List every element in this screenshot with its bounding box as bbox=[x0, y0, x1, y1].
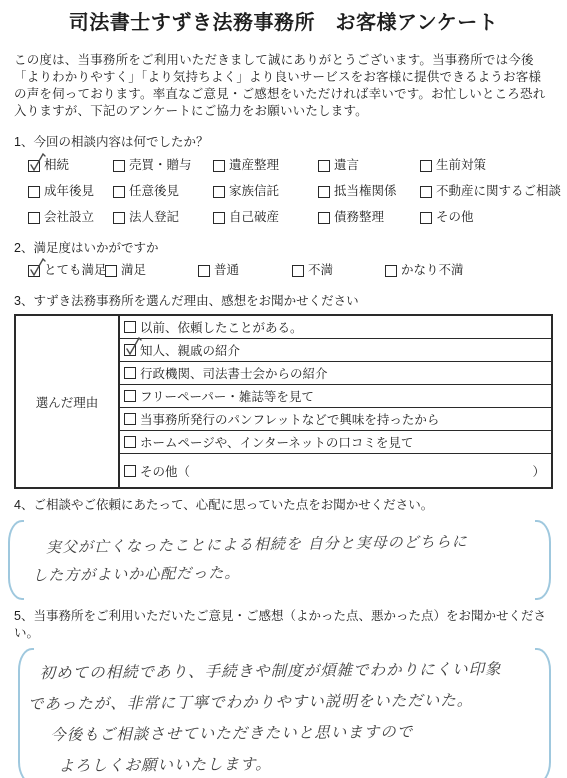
checkmark-icon bbox=[27, 256, 48, 279]
checkbox-icon bbox=[292, 265, 304, 277]
q1-option-fudousan: 不動産に関するご相談 bbox=[420, 183, 561, 200]
handwritten-answer-q5: 初めての相続であり、手続きや制度が煩雑でわかりにくい印象 であったが、非常に丁寧… bbox=[13, 646, 553, 778]
option-label: 債務整理 bbox=[334, 209, 384, 226]
reason-row: ホームページや、インターネットの口コミを見て bbox=[120, 431, 551, 454]
question-4-answer-area: 実父が亡くなったことによる相続を 自分と実母のどちらに した方がよいか心配だった… bbox=[14, 520, 553, 600]
option-label: 抵当権関係 bbox=[334, 183, 397, 200]
q2-option-fuman: 不満 bbox=[292, 262, 385, 279]
option-label: 遺言 bbox=[334, 157, 359, 174]
option-label: 売買・贈与 bbox=[129, 157, 192, 174]
reason-row: 当事務所発行のパンフレットなどで興味を持ったから bbox=[120, 408, 551, 431]
q1-option-jiko-hasan: 自己破産 bbox=[213, 209, 318, 226]
option-label: 当事務所発行のパンフレットなどで興味を持ったから bbox=[140, 410, 439, 428]
q1-option-isan-seiri: 遺産整理 bbox=[213, 157, 318, 174]
option-label: 知人、親戚の紹介 bbox=[140, 341, 240, 359]
handwritten-line: した方がよいか心配だった。 bbox=[32, 554, 553, 589]
checkbox-icon bbox=[318, 212, 330, 224]
option-label: フリーペーパー・雑誌等を見て bbox=[140, 387, 314, 405]
intro-paragraph: この度は、当事務所をご利用いただきまして誠にありがとうございます。当事務所では今… bbox=[14, 52, 553, 120]
option-label: その他 bbox=[436, 209, 474, 226]
q1-option-teitouken: 抵当権関係 bbox=[318, 183, 420, 200]
checkbox-icon bbox=[113, 160, 125, 172]
option-label: 成年後見 bbox=[44, 183, 94, 200]
option-label: 生前対策 bbox=[436, 157, 486, 174]
q1-option-seinen-kouken: 成年後見 bbox=[28, 183, 113, 200]
question-2-options: とても満足 満足 普通 不満 かなり不満 bbox=[14, 262, 553, 279]
checkbox-icon bbox=[385, 265, 397, 277]
reasons-table: 選んだ理由 以前、依頼したことがある。 知人、親戚の紹介 行政機関、司法書士会か… bbox=[14, 314, 553, 489]
reason-row: 行政機関、司法書士会からの紹介 bbox=[120, 362, 551, 385]
option-label: 家族信託 bbox=[229, 183, 279, 200]
checkbox-icon bbox=[318, 186, 330, 198]
option-label: 自己破産 bbox=[229, 209, 279, 226]
checkbox-icon bbox=[124, 413, 136, 425]
option-label: その他（ bbox=[140, 462, 190, 480]
option-label: とても満足 bbox=[44, 262, 107, 279]
option-label: 遺産整理 bbox=[229, 157, 279, 174]
question-3-heading: 3、すずき法務事務所を選んだ理由、感想をお聞かせください bbox=[14, 293, 553, 310]
checkbox-icon bbox=[213, 160, 225, 172]
q1-option-yuigon: 遺言 bbox=[318, 157, 420, 174]
checkbox-icon bbox=[124, 390, 136, 402]
checkbox-icon bbox=[28, 212, 40, 224]
option-label: 不満 bbox=[308, 262, 333, 279]
checkbox-icon bbox=[28, 160, 40, 172]
checkbox-icon bbox=[420, 186, 432, 198]
checkbox-icon bbox=[124, 436, 136, 448]
checkbox-icon bbox=[213, 186, 225, 198]
handwritten-answer-q4: 実父が亡くなったことによる相続を 自分と実母のどちらに した方がよいか心配だった… bbox=[14, 516, 554, 590]
checkbox-icon bbox=[105, 265, 117, 277]
handwritten-line: 今後もご相談させていただきたいと思いますので bbox=[50, 716, 553, 751]
reason-row: フリーペーパー・雑誌等を見て bbox=[120, 385, 551, 408]
q1-option-sonota: その他 bbox=[420, 209, 561, 226]
checkbox-icon bbox=[213, 212, 225, 224]
q1-option-kaisha-setsuritsu: 会社設立 bbox=[28, 209, 113, 226]
option-label: 行政機関、司法書士会からの紹介 bbox=[140, 364, 328, 382]
reason-row: 知人、親戚の紹介 bbox=[120, 339, 551, 362]
q2-option-manzoku: 満足 bbox=[105, 262, 198, 279]
question-1-heading: 1、今回の相談内容は何でしたか？ bbox=[14, 134, 553, 151]
checkbox-icon bbox=[28, 265, 40, 277]
checkmark-icon bbox=[27, 151, 48, 174]
checkmark-icon bbox=[123, 335, 144, 358]
checkbox-icon bbox=[28, 186, 40, 198]
option-label: 満足 bbox=[121, 262, 146, 279]
question-1-options: 相続 売買・贈与 遺産整理 遺言 生前対策 成年後見 任意後見 家族信託 抵当権… bbox=[14, 157, 553, 226]
checkbox-icon bbox=[198, 265, 210, 277]
page-title: 司法書士すずき法務事務所 お客様アンケート bbox=[14, 10, 553, 36]
q1-option-houjin-touki: 法人登記 bbox=[113, 209, 213, 226]
reason-row-other: その他（） bbox=[120, 454, 551, 487]
other-close-paren: ） bbox=[532, 462, 545, 480]
q1-option-seizen-taisaku: 生前対策 bbox=[420, 157, 561, 174]
q2-option-kanari-fuman: かなり不満 bbox=[385, 262, 553, 279]
question-2-heading: 2、満足度はいかがですか bbox=[14, 240, 553, 257]
checkbox-icon bbox=[113, 212, 125, 224]
q1-option-baibai: 売買・贈与 bbox=[113, 157, 213, 174]
question-5-heading: 5、当事務所をご利用いただいたご意見・ご感想（よかった点、悪かった点）をお聞かせ… bbox=[14, 608, 553, 642]
option-label: 会社設立 bbox=[44, 209, 94, 226]
checkbox-icon bbox=[124, 321, 136, 333]
option-label: かなり不満 bbox=[401, 262, 464, 279]
checkbox-icon bbox=[420, 212, 432, 224]
option-label: ホームページや、インターネットの口コミを見て bbox=[140, 433, 413, 451]
checkbox-icon bbox=[124, 367, 136, 379]
option-label: 法人登記 bbox=[129, 209, 179, 226]
q1-option-kazoku-shintaku: 家族信託 bbox=[213, 183, 318, 200]
q1-option-saimu-seiri: 債務整理 bbox=[318, 209, 420, 226]
handwritten-line: 初めての相続であり、手続きや制度が煩雑でわかりにくい印象 bbox=[40, 654, 553, 689]
reasons-rows: 以前、依頼したことがある。 知人、親戚の紹介 行政機関、司法書士会からの紹介 フ… bbox=[120, 316, 551, 487]
q2-option-futsuu: 普通 bbox=[198, 262, 292, 279]
handwritten-line: であったが、非常に丁寧でわかりやすい説明をいただいた。 bbox=[28, 685, 553, 721]
checkbox-icon bbox=[124, 465, 136, 477]
handwritten-line: よろしくお願いいたします。 bbox=[58, 747, 553, 778]
checkbox-icon bbox=[420, 160, 432, 172]
option-label: 不動産に関するご相談 bbox=[436, 183, 561, 200]
question-4-heading: 4、ご相談やご依頼にあたって、心配に思っていた点をお聞かせください。 bbox=[14, 497, 553, 514]
reasons-row-header: 選んだ理由 bbox=[16, 316, 120, 487]
checkbox-icon bbox=[124, 344, 136, 356]
survey-page: 司法書士すずき法務事務所 お客様アンケート この度は、当事務所をご利用いただきま… bbox=[0, 0, 567, 778]
option-label: 以前、依頼したことがある。 bbox=[140, 318, 303, 336]
reason-row: 以前、依頼したことがある。 bbox=[120, 316, 551, 339]
q1-option-nini-kouken: 任意後見 bbox=[113, 183, 213, 200]
question-5-answer-area: 初めての相続であり、手続きや制度が煩雑でわかりにくい印象 であったが、非常に丁寧… bbox=[14, 648, 553, 778]
q1-option-souzoku: 相続 bbox=[28, 157, 113, 174]
checkbox-icon bbox=[318, 160, 330, 172]
checkbox-icon bbox=[113, 186, 125, 198]
option-label: 普通 bbox=[214, 262, 239, 279]
option-label: 任意後見 bbox=[129, 183, 179, 200]
q2-option-totemo-manzoku: とても満足 bbox=[28, 262, 105, 279]
